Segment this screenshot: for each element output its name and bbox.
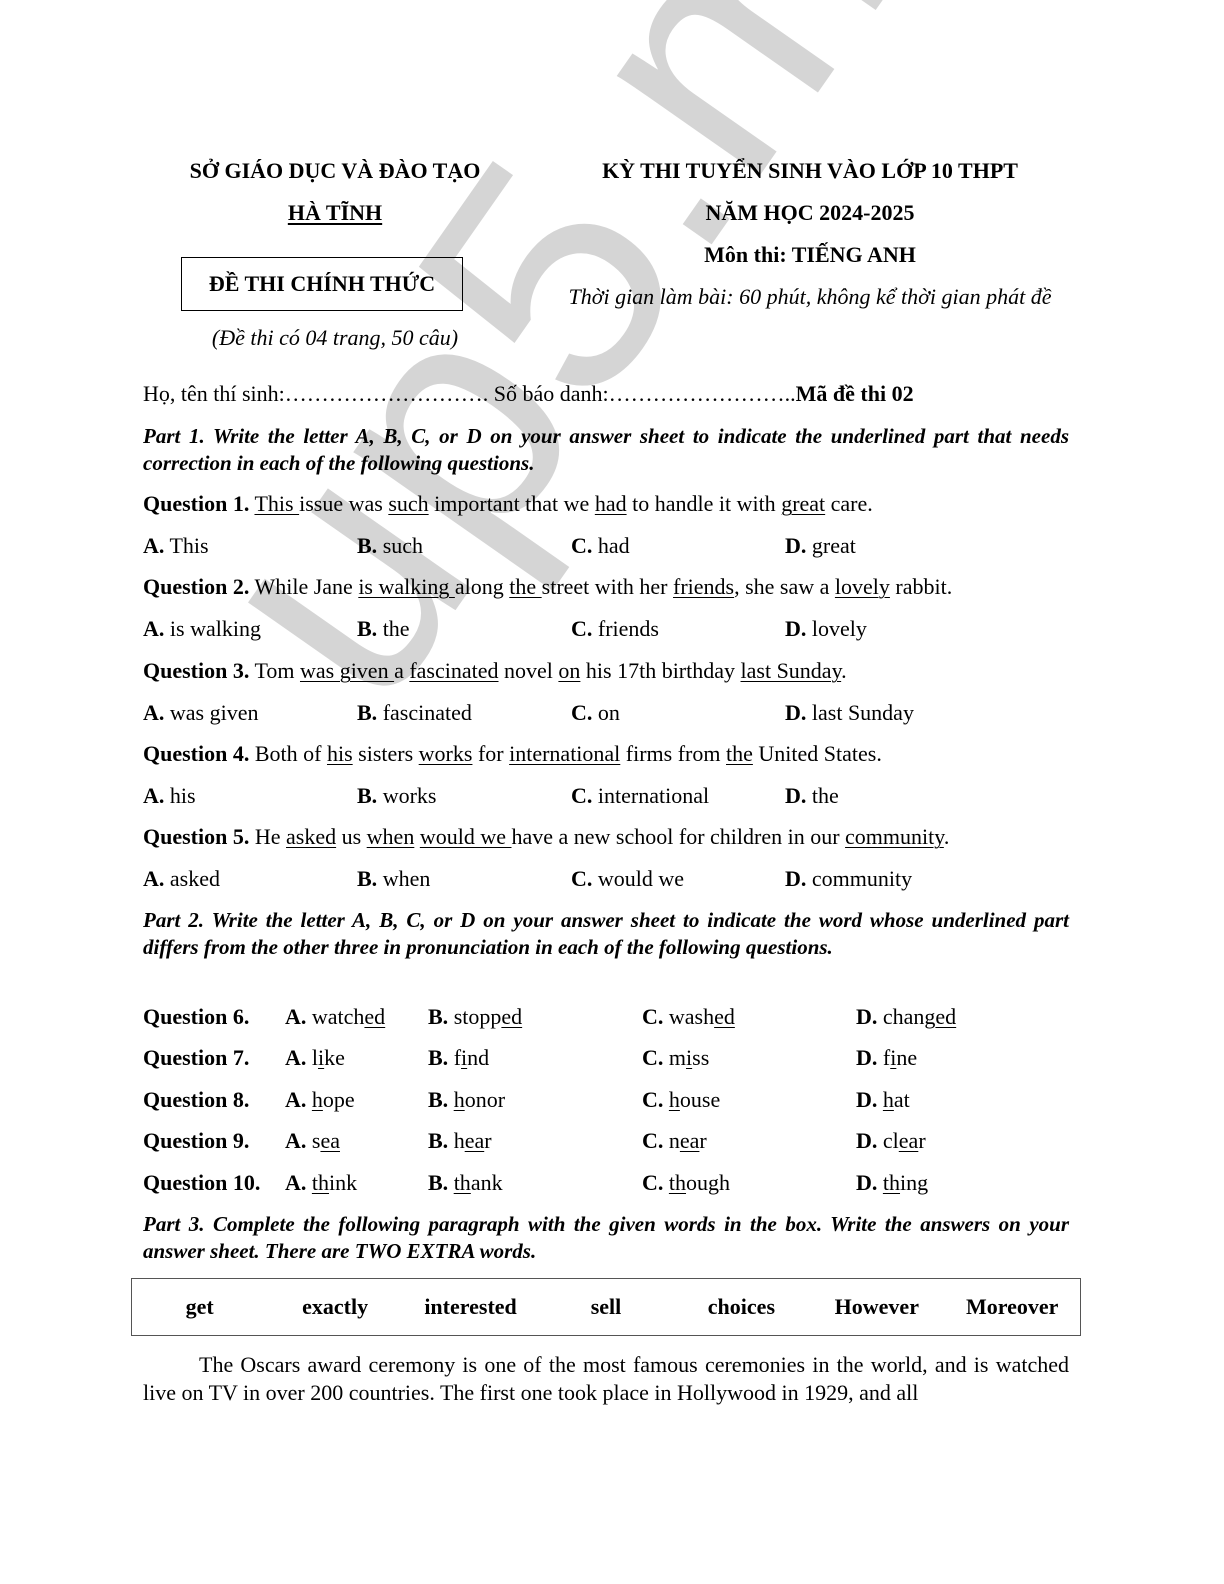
underlined-sound: th [883, 1170, 900, 1195]
pronunciation-option: C. house [642, 1087, 720, 1113]
option-text: m [663, 1045, 686, 1070]
option-letter: D. [856, 1004, 877, 1029]
option-text: r [699, 1128, 706, 1153]
option-text: cl [877, 1128, 898, 1153]
option-text: was given [164, 700, 258, 725]
pronunciation-option: A. like [285, 1045, 345, 1071]
option-text: ough [686, 1170, 730, 1195]
option-text: friends [592, 616, 659, 641]
underlined-part: had [595, 491, 627, 516]
question-label: Question 7. [143, 1045, 249, 1071]
question-label: Question 5. [143, 824, 249, 849]
pronunciation-option: A. think [285, 1170, 357, 1196]
stem-text: rabbit. [890, 574, 952, 599]
underlined-sound: ea [899, 1128, 919, 1153]
pronunciation-option: D. clear [856, 1128, 926, 1154]
stem-text: care. [825, 491, 873, 516]
option-letter: B. [357, 533, 377, 558]
option-letter: C. [571, 533, 592, 558]
word-box-item: exactly [267, 1294, 402, 1320]
stem-text: along [455, 574, 509, 599]
stem-text: important that we [429, 491, 595, 516]
option-text: ouse [680, 1087, 720, 1112]
option-letter: B. [428, 1045, 448, 1070]
underlined-sound: ea [465, 1128, 485, 1153]
question-label: Question 4. [143, 741, 249, 766]
option-text: h [448, 1128, 465, 1153]
underlined-sound: h [669, 1087, 680, 1112]
answer-option: D. last Sunday [785, 700, 914, 726]
word-box-item: get [132, 1294, 267, 1320]
option-text: l [306, 1045, 318, 1070]
underlined-sound: th [312, 1170, 329, 1195]
option-letter: D. [785, 783, 806, 808]
underlined-part: great [781, 491, 825, 516]
option-text: his [164, 783, 195, 808]
underlined-part: such [388, 491, 428, 516]
option-letter: A. [285, 1045, 306, 1070]
answer-option: B. fascinated [357, 700, 472, 726]
answer-option: B. when [357, 866, 430, 892]
option-text: This [164, 533, 208, 558]
option-letter: B. [428, 1087, 448, 1112]
underlined-sound: th [454, 1170, 471, 1195]
question-label: Question 2. [143, 574, 249, 599]
stem-text: He [249, 824, 286, 849]
option-text: ank [471, 1170, 503, 1195]
option-text: fascinated [377, 700, 472, 725]
answer-option: A. was given [143, 700, 258, 726]
option-text: great [806, 533, 855, 558]
underlined-part: on [558, 658, 580, 683]
option-text: stopp [448, 1004, 501, 1029]
option-text: on [592, 700, 620, 725]
underlined-sound: ea [680, 1128, 700, 1153]
school-year: NĂM HỌC 2024-2025 [540, 200, 1080, 226]
option-text: last Sunday [806, 700, 914, 725]
option-text: had [592, 533, 629, 558]
answer-option: A. is walking [143, 616, 261, 642]
underlined-sound: h [454, 1087, 465, 1112]
pronunciation-option: B. find [428, 1045, 489, 1071]
answer-option: D. community [785, 866, 912, 892]
candidate-line: Họ, tên thí sinh:………………………. Số báo danh:… [143, 381, 914, 407]
option-letter: A. [285, 1170, 306, 1195]
answer-option: B. such [357, 533, 423, 559]
underlined-part: friends [673, 574, 734, 599]
option-text: s [306, 1128, 320, 1153]
pronunciation-option: C. miss [642, 1045, 709, 1071]
option-text: chang [877, 1004, 935, 1029]
option-text: ne [896, 1045, 917, 1070]
stem-text: While Jane [249, 574, 358, 599]
pronunciation-option: D. thing [856, 1170, 928, 1196]
question-label: Question 8. [143, 1087, 249, 1113]
question-stem: Question 3. Tom was given a fascinated n… [143, 658, 847, 684]
word-box: getexactlyinterestedsellchoicesHoweverMo… [131, 1278, 1081, 1336]
stem-text: novel [499, 658, 559, 683]
underlined-sound: ea [320, 1128, 340, 1153]
pronunciation-option: B. honor [428, 1087, 505, 1113]
option-letter: A. [285, 1087, 306, 1112]
option-letter: B. [357, 866, 377, 891]
option-letter: D. [785, 700, 806, 725]
option-text: when [377, 866, 430, 891]
underlined-part: community [845, 824, 944, 849]
stem-text: sisters [353, 741, 419, 766]
stem-text: . [944, 824, 950, 849]
underlined-sound: ed [364, 1004, 385, 1029]
option-text: community [806, 866, 912, 891]
question-label: Question 10. [143, 1170, 260, 1196]
option-text: ss [692, 1045, 709, 1070]
stem-text: Both of [249, 741, 327, 766]
stem-text: to handle it with [627, 491, 782, 516]
option-text: the [806, 783, 838, 808]
stem-text: have a new school for children in our [511, 824, 845, 849]
candidate-id-label: Số báo danh:…………………….. [494, 381, 796, 406]
word-box-item: choices [674, 1294, 809, 1320]
underlined-sound: ed [714, 1004, 735, 1029]
option-text: works [377, 783, 436, 808]
pronunciation-option: C. though [642, 1170, 730, 1196]
answer-option: C. on [571, 700, 620, 726]
pronunciation-option: D. hat [856, 1087, 910, 1113]
option-letter: C. [571, 616, 592, 641]
option-text: ope [323, 1087, 355, 1112]
option-text: ke [324, 1045, 345, 1070]
option-letter: A. [143, 533, 164, 558]
option-letter: B. [357, 616, 377, 641]
question-stem: Question 1. This issue was such importan… [143, 491, 873, 517]
option-letter: C. [642, 1004, 663, 1029]
stem-text: . [841, 658, 847, 683]
pronunciation-option: C. washed [642, 1004, 735, 1030]
option-letter: A. [285, 1128, 306, 1153]
option-text: lovely [806, 616, 867, 641]
option-letter: D. [785, 616, 806, 641]
underlined-part: the [509, 574, 541, 599]
question-stem: Question 5. He asked us when would we ha… [143, 824, 949, 850]
underlined-part: was given [300, 658, 394, 683]
word-box-item: Moreover [945, 1294, 1080, 1320]
exam-page: up5.me SỞ GIÁO DỤC VÀ ĐÀO TẠO HÀ TĨNH ĐỀ… [0, 0, 1224, 1584]
underlined-sound: th [669, 1170, 686, 1195]
option-text: international [592, 783, 709, 808]
page-info: (Đề thi có 04 trang, 50 câu) [150, 325, 520, 351]
option-text: r [918, 1128, 925, 1153]
option-text: at [894, 1087, 910, 1112]
option-letter: C. [642, 1128, 663, 1153]
answer-option: B. works [357, 783, 436, 809]
answer-option: D. the [785, 783, 839, 809]
option-letter: B. [357, 783, 377, 808]
exam-duration: Thời gian làm bài: 60 phút, không kể thờ… [530, 284, 1090, 310]
underlined-sound: h [312, 1087, 323, 1112]
underlined-sound: h [883, 1087, 894, 1112]
option-letter: A. [143, 866, 164, 891]
option-text: would we [592, 866, 684, 891]
part3-paragraph: The Oscars award ceremony is one of the … [143, 1351, 1069, 1407]
question-label: Question 9. [143, 1128, 249, 1154]
option-text: watch [306, 1004, 364, 1029]
part2-instruction: Part 2. Write the letter A, B, C, or D o… [143, 907, 1069, 961]
option-letter: B. [428, 1170, 448, 1195]
stem-text: for [472, 741, 509, 766]
option-letter: C. [642, 1087, 663, 1112]
pronunciation-option: C. near [642, 1128, 707, 1154]
answer-option: C. international [571, 783, 709, 809]
option-letter: D. [785, 533, 806, 558]
stem-text: , she saw a [734, 574, 835, 599]
option-letter: B. [428, 1128, 448, 1153]
question-label: Question 3. [143, 658, 249, 683]
option-letter: C. [571, 700, 592, 725]
option-text: n [663, 1128, 680, 1153]
answer-option: C. friends [571, 616, 659, 642]
option-letter: A. [143, 783, 164, 808]
word-box-item: However [809, 1294, 944, 1320]
option-text: such [377, 533, 423, 558]
word-box-item: interested [403, 1294, 538, 1320]
underlined-part: would we [420, 824, 512, 849]
answer-option: A. his [143, 783, 196, 809]
exam-title: KỲ THI TUYỂN SINH VÀO LỚP 10 THPT [540, 158, 1080, 184]
option-letter: D. [785, 866, 806, 891]
underlined-part: the [726, 741, 753, 766]
pronunciation-option: A. sea [285, 1128, 340, 1154]
option-letter: A. [143, 700, 164, 725]
option-letter: D. [856, 1128, 877, 1153]
stem-text: a [394, 658, 409, 683]
option-letter: C. [642, 1170, 663, 1195]
answer-option: D. lovely [785, 616, 867, 642]
option-text: ink [329, 1170, 357, 1195]
underlined-part: fascinated [409, 658, 498, 683]
province-text: HÀ TĨNH [288, 200, 382, 225]
option-text: wash [663, 1004, 714, 1029]
underlined-part: lovely [835, 574, 890, 599]
pronunciation-option: B. thank [428, 1170, 503, 1196]
stem-text: Tom [249, 658, 300, 683]
question-label: Question 6. [143, 1004, 249, 1030]
option-text: f [448, 1045, 461, 1070]
underlined-sound: ed [501, 1004, 522, 1029]
option-letter: D. [856, 1087, 877, 1112]
stem-text: us [336, 824, 367, 849]
department-name: SỞ GIÁO DỤC VÀ ĐÀO TẠO [160, 158, 510, 184]
pronunciation-option: B. hear [428, 1128, 492, 1154]
option-letter: A. [143, 616, 164, 641]
pronunciation-option: A. watched [285, 1004, 385, 1030]
option-letter: B. [428, 1004, 448, 1029]
option-letter: C. [642, 1045, 663, 1070]
underlined-part: This [254, 491, 299, 516]
option-text: r [484, 1128, 491, 1153]
option-text: asked [164, 866, 220, 891]
answer-option: D. great [785, 533, 856, 559]
option-letter: D. [856, 1045, 877, 1070]
subject: Môn thi: TIẾNG ANH [540, 242, 1080, 268]
pronunciation-option: A. hope [285, 1087, 355, 1113]
answer-option: C. would we [571, 866, 684, 892]
answer-option: A. This [143, 533, 209, 559]
underlined-sound: ed [935, 1004, 956, 1029]
stem-text: United States. [753, 741, 882, 766]
pronunciation-option: D. fine [856, 1045, 917, 1071]
question-stem: Question 2. While Jane is walking along … [143, 574, 952, 600]
option-text: ing [900, 1170, 928, 1195]
exam-code: Mã đề thi 02 [796, 381, 914, 406]
option-letter: B. [357, 700, 377, 725]
answer-option: C. had [571, 533, 630, 559]
stem-text: street with her [542, 574, 673, 599]
pronunciation-option: B. stopped [428, 1004, 522, 1030]
answer-option: B. the [357, 616, 410, 642]
underlined-part: international [509, 741, 620, 766]
official-label: ĐỀ THI CHÍNH THỨC [209, 271, 435, 297]
candidate-name-label: Họ, tên thí sinh:………………………. [143, 381, 494, 406]
underlined-part: last Sunday [741, 658, 842, 683]
underlined-part: when [367, 824, 415, 849]
underlined-part: works [419, 741, 473, 766]
option-text: the [377, 616, 409, 641]
option-text: is walking [164, 616, 261, 641]
option-text: nd [467, 1045, 489, 1070]
option-letter: A. [285, 1004, 306, 1029]
official-exam-box: ĐỀ THI CHÍNH THỨC [181, 257, 463, 311]
question-stem: Question 4. Both of his sisters works fo… [143, 741, 882, 767]
stem-text: his 17th birthday [580, 658, 740, 683]
option-text: onor [465, 1087, 505, 1112]
question-label: Question 1. [143, 491, 249, 516]
underlined-part: his [327, 741, 353, 766]
pronunciation-option: D. changed [856, 1004, 956, 1030]
page-content: SỞ GIÁO DỤC VÀ ĐÀO TẠO HÀ TĨNH ĐỀ THI CH… [0, 0, 1224, 1584]
option-letter: C. [571, 866, 592, 891]
answer-option: A. asked [143, 866, 220, 892]
stem-text: firms from [620, 741, 726, 766]
part1-instruction: Part 1. Write the letter A, B, C, or D o… [143, 423, 1069, 477]
underlined-part: asked [286, 824, 336, 849]
option-letter: C. [571, 783, 592, 808]
province-name: HÀ TĨNH [160, 200, 510, 226]
option-text: f [877, 1045, 890, 1070]
underlined-part: is walking [358, 574, 455, 599]
stem-text: issue was [299, 491, 388, 516]
option-letter: D. [856, 1170, 877, 1195]
part3-instruction: Part 3. Complete the following paragraph… [143, 1211, 1069, 1265]
word-box-item: sell [538, 1294, 673, 1320]
